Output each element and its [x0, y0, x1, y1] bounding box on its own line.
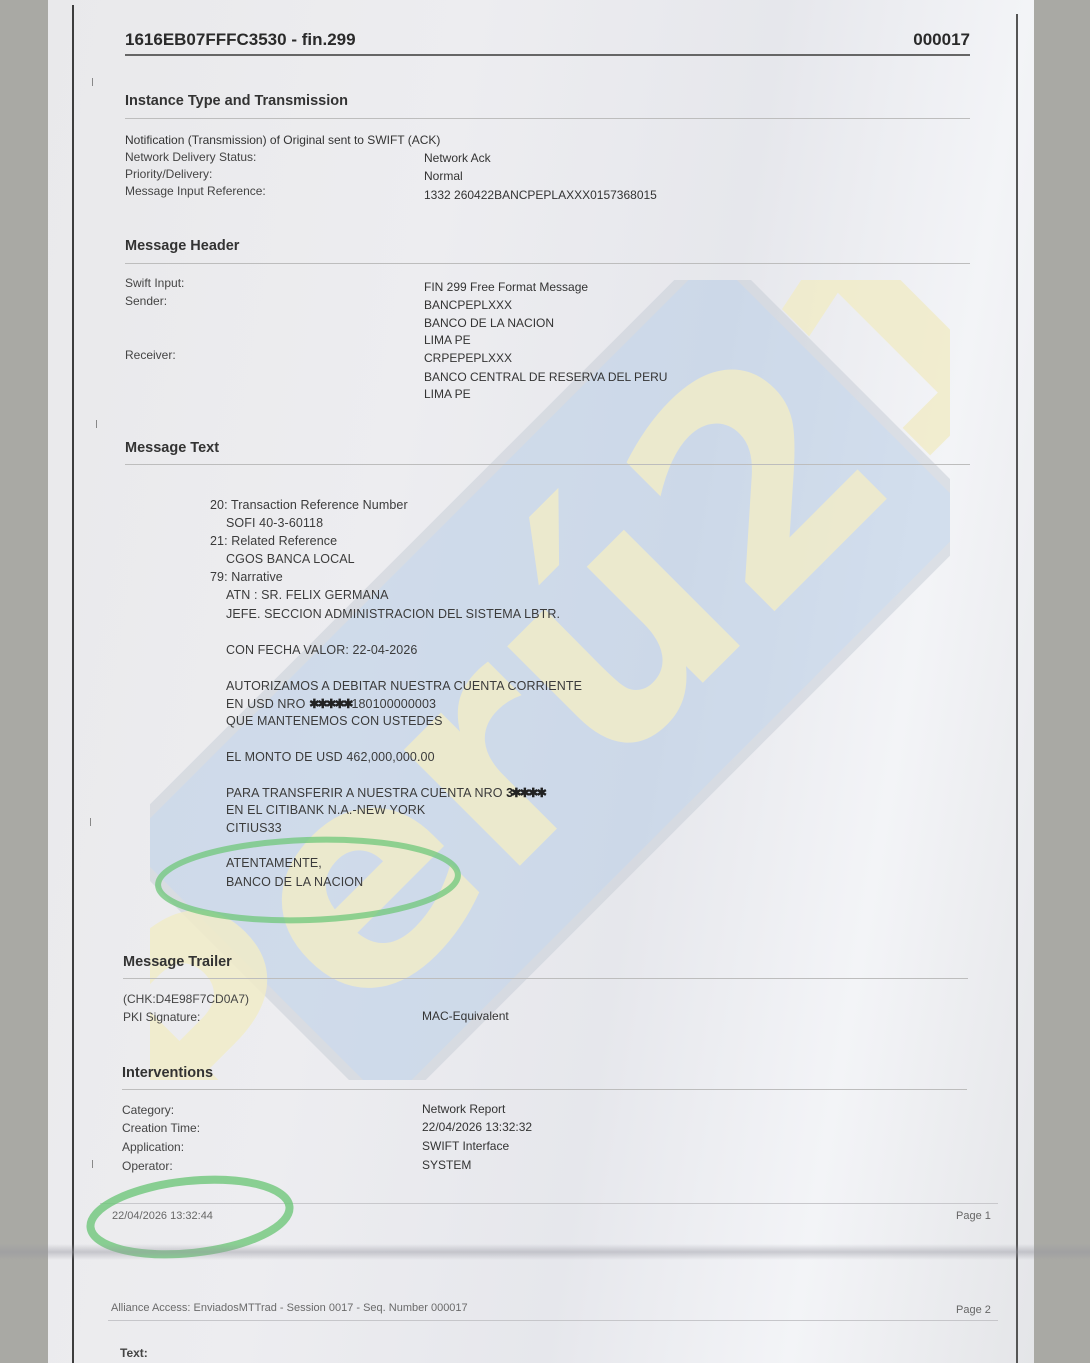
page2-divider: [108, 1320, 998, 1321]
field-label: Creation Time:: [122, 1121, 200, 1135]
document-title: 1616EB07FFFC3530 - fin.299: [125, 30, 356, 50]
narrative-transfer-account: PARA TRANSFERIR A NUESTRA CUENTA NRO 3✱✱…: [226, 785, 545, 800]
scan-mark: [92, 78, 93, 86]
section-divider: [122, 1089, 967, 1090]
field-label: Application:: [122, 1140, 184, 1154]
sender-name: BANCO DE LA NACION: [424, 316, 554, 330]
print-timestamp: 22/04/2026 13:32:44: [112, 1210, 213, 1222]
page-number: Page 1: [956, 1210, 991, 1222]
sender-bic: BANCPEPLXXX: [424, 298, 512, 312]
sender-city: LIMA PE: [424, 333, 471, 347]
narrative-role: JEFE. SECCION ADMINISTRACION DEL SISTEMA…: [226, 607, 560, 621]
footer-divider: [100, 1203, 998, 1204]
narrative-amount: EL MONTO DE USD 462,000,000.00: [226, 750, 435, 764]
section-divider: [125, 464, 970, 465]
field-label: Priority/Delivery:: [125, 167, 212, 181]
field-value: MAC-Equivalent: [422, 1009, 509, 1023]
narrative-maintain: QUE MANTENEMOS CON USTEDES: [226, 714, 443, 728]
trailer-chk: (CHK:D4E98F7CD0A7): [123, 992, 249, 1006]
page-break-shadow: [0, 1244, 1090, 1260]
narrative-signature: BANCO DE LA NACION: [226, 875, 363, 889]
narrative-value-date: CON FECHA VALOR: 22-04-2026: [226, 643, 417, 657]
section-heading-message-header: Message Header: [125, 238, 239, 254]
section-heading-trailer: Message Trailer: [123, 954, 232, 970]
field-value: 22/04/2026 13:32:32: [422, 1120, 532, 1134]
field-value: SYSTEM: [422, 1158, 471, 1172]
scan-mark: [96, 420, 97, 428]
field-value: FIN 299 Free Format Message: [424, 280, 588, 294]
page2-number: Page 2: [956, 1304, 991, 1316]
field-value: 1332 260422BANCPEPLAXXX0157368015: [424, 188, 657, 202]
receiver-bic: CRPEPEPLXXX: [424, 351, 512, 365]
field-label: Message Input Reference:: [125, 184, 266, 198]
field-label: Network Delivery Status:: [125, 150, 256, 164]
field-label: Sender:: [125, 294, 167, 308]
document-header: 1616EB07FFFC3530 - fin.299 000017: [125, 30, 970, 56]
field-label: PKI Signature:: [123, 1010, 200, 1024]
narrative-closing: ATENTAMENTE,: [226, 856, 322, 870]
receiver-city: LIMA PE: [424, 387, 471, 401]
section-heading-instance: Instance Type and Transmission: [125, 93, 348, 109]
account-prefix: EN USD NRO: [226, 697, 309, 711]
transfer-prefix: PARA TRANSFERIR A NUESTRA CUENTA NRO: [226, 786, 506, 800]
section-heading-message-text: Message Text: [125, 440, 219, 456]
field-20-value: SOFI 40-3-60118: [226, 516, 323, 530]
narrative-authorize: AUTORIZAMOS A DEBITAR NUESTRA CUENTA COR…: [226, 679, 582, 693]
redacted-account-digits: ✱✱✱✱✱: [309, 696, 351, 711]
page2-text-label: Text:: [120, 1346, 148, 1360]
page-border-right: [1016, 14, 1018, 1363]
field-value: SWIFT Interface: [422, 1139, 509, 1153]
narrative-debit-account: EN USD NRO ✱✱✱✱✱180100000003: [226, 696, 436, 711]
field-label: Operator:: [122, 1159, 173, 1173]
field-value: Network Ack: [424, 151, 491, 165]
section-divider: [125, 263, 970, 264]
field-value: Network Report: [422, 1102, 505, 1116]
field-label: Swift Input:: [125, 276, 184, 290]
scan-mark: [90, 818, 91, 826]
section-divider: [123, 978, 968, 979]
redacted-transfer-digits: 3✱✱✱✱: [506, 785, 545, 800]
field-20-label: 20: Transaction Reference Number: [210, 498, 408, 512]
field-label: Receiver:: [125, 348, 176, 362]
field-label: Category:: [122, 1103, 174, 1117]
notification-text: Notification (Transmission) of Original …: [125, 133, 440, 147]
scan-mark: [92, 1160, 93, 1168]
field-value: Normal: [424, 169, 463, 183]
receiver-name: BANCO CENTRAL DE RESERVA DEL PERU: [424, 370, 667, 384]
sequence-number: 000017: [913, 30, 970, 50]
field-21-label: 21: Related Reference: [210, 534, 337, 548]
narrative-bank: EN EL CITIBANK N.A.-NEW YORK: [226, 803, 425, 817]
page-border-left: [72, 5, 74, 1363]
narrative-bic: CITIUS33: [226, 821, 282, 835]
field-79-label: 79: Narrative: [210, 570, 283, 584]
field-21-value: CGOS BANCA LOCAL: [226, 552, 355, 566]
section-heading-interventions: Interventions: [122, 1065, 213, 1081]
section-divider: [125, 118, 970, 119]
narrative-attn: ATN : SR. FELIX GERMANA: [226, 588, 389, 602]
page2-session-info: Alliance Access: EnviadosMTTrad - Sessio…: [111, 1302, 468, 1314]
account-suffix: 180100000003: [351, 697, 436, 711]
